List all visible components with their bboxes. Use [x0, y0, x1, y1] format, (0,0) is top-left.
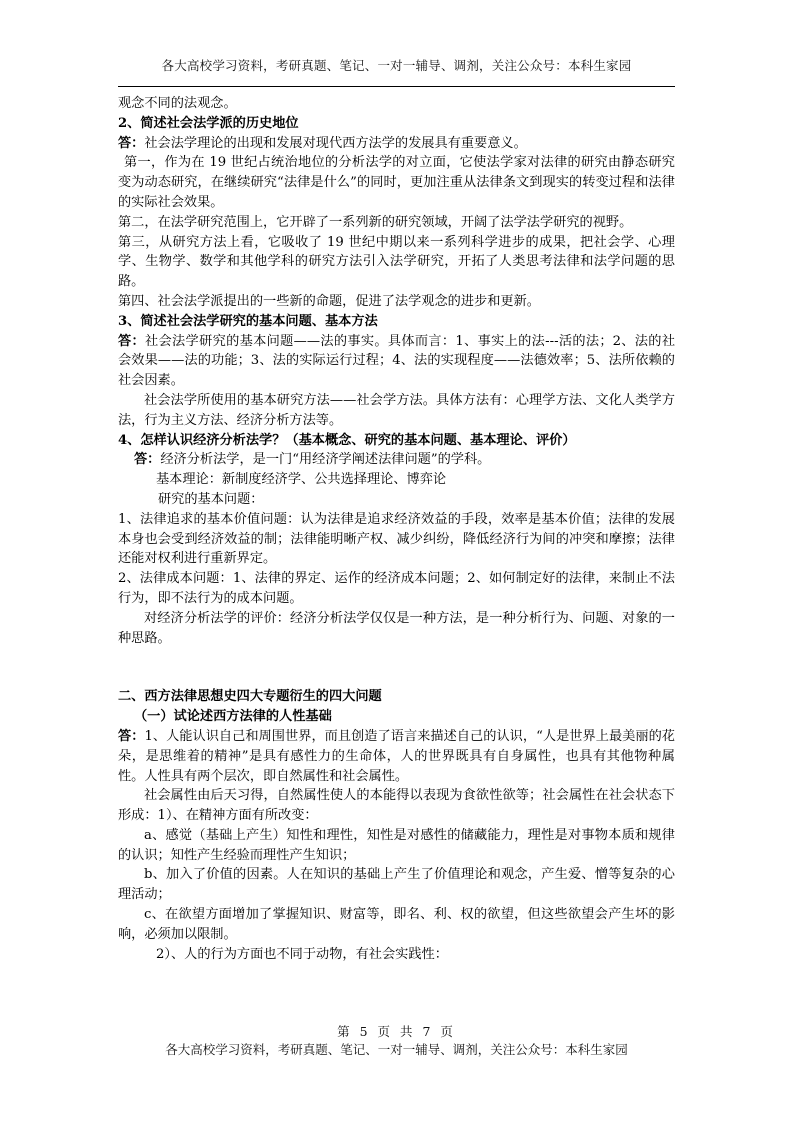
page-header: 各大高校学习资料，考研真题、笔记、一对一辅导、调剂，关注公众号：本科生家园 — [118, 56, 675, 74]
answer-intro: 社会法学理论的出现和发展对现代西方法学的发展具有重要意义。 — [144, 136, 526, 151]
question-3-title: 3、简述社会法学研究的基本问题、基本方法 — [118, 312, 675, 332]
answer-label: 答： — [134, 452, 160, 467]
section-2-answer: 答：1、人能认识自己和周围世界，而且创造了语言来描述自己的认识，“人是世界上最美… — [118, 727, 675, 786]
q2-point-2: 第二，在法学研究范围上，它开辟了一系列新的研究领域，开阔了法学法学研究的视野。 — [118, 213, 675, 233]
item-a: a、感觉（基础上产生）知性和理性，知性是对感性的储藏能力，理性是对事物本质和规律… — [118, 826, 675, 866]
q4-theory: 基本理论：新制度经济学、公共选择理论、博弈论 — [118, 470, 675, 490]
q4-issues-label: 研究的基本问题： — [118, 490, 675, 510]
q2-point-4: 第四、社会法学派提出的一些新的命题，促进了法学观念的进步和更新。 — [118, 292, 675, 312]
page-footer: 各大高校学习资料，考研真题、笔记、一对一辅导、调剂，关注公众号：本科生家园 — [118, 1040, 675, 1058]
answer-text: 1、人能认识自己和周围世界，而且创造了语言来描述自己的认识，“人是世界上最美丽的… — [118, 729, 675, 784]
q2-point-1: 第一，作为在 19 世纪占统治地位的分析法学的对立面，它使法学家对法律的研究由静… — [118, 153, 675, 212]
question-2-title: 2、简述社会法学派的历史地位 — [118, 114, 675, 134]
item-b: b、加入了价值的因素。人在知识的基础上产生了价值理论和观念，产生爱、憎等复杂的心… — [118, 865, 675, 905]
definition: 经济分析法学，是一门“用经济学阐述法律问题”的学科。 — [160, 452, 490, 467]
section-2-title: 二、西方法律思想史四大专题衍生的四大问题 — [118, 687, 675, 707]
section-2-subtitle-1: （一）试论述西方法律的人性基础 — [118, 707, 675, 727]
answer-label: 答： — [118, 334, 145, 349]
social-attribute-text: 社会属性由后天习得，自然属性使人的本能得以表现为食欲性欲等；社会属性在社会状态下… — [118, 786, 675, 826]
answer-label: 答： — [118, 729, 144, 744]
header-divider — [118, 86, 675, 87]
continuation-text: 观念不同的法观念。 — [118, 94, 675, 114]
question-3-answer: 答：社会法学研究的基本问题——法的事实。具体而言：1、事实上的法---活的法；2… — [118, 332, 675, 391]
q2-point-3: 第三，从研究方法上看，它吸收了 19 世纪中期以来一系列科学进步的成果，把社会学… — [118, 233, 675, 292]
behavior-text: 2）、人的行为方面也不同于动物，有社会实践性： — [118, 945, 675, 965]
q4-issue-1: 1、法律追求的基本价值问题：认为法律是追求经济效益的手段，效率是基本价值；法律的… — [118, 510, 675, 569]
q3-methods: 社会法学所使用的基本研究方法——社会学方法。具体方法有：心理学方法、文化人类学方… — [118, 391, 675, 431]
question-2-answer: 答：社会法学理论的出现和发展对现代西方法学的发展具有重要意义。 — [118, 134, 675, 154]
item-c: c、在欲望方面增加了掌握知识、财富等，即名、利、权的欲望，但这些欲望会产生坏的影… — [118, 905, 675, 945]
question-4-answer: 答：经济分析法学，是一门“用经济学阐述法律问题”的学科。 — [118, 450, 675, 470]
document-body: 观念不同的法观念。 2、简述社会法学派的历史地位 答：社会法学理论的出现和发展对… — [118, 94, 675, 964]
answer-text: 社会法学研究的基本问题——法的事实。具体而言：1、事实上的法---活的法；2、法… — [118, 334, 675, 389]
answer-label: 答： — [118, 136, 144, 151]
question-4-title: 4、怎样认识经济分析法学？（基本概念、研究的基本问题、基本理论、评价） — [118, 431, 675, 451]
q4-issue-2: 2、法律成本问题：1、法律的界定、运作的经济成本问题；2、如何制定好的法律，来制… — [118, 569, 675, 609]
section-gap — [118, 648, 675, 687]
q4-evaluation: 对经济分析法学的评价：经济分析法学仅仅是一种方法，是一种分析行为、问题、对象的一… — [118, 609, 675, 649]
page-number: 第 5 页 共 7 页 — [118, 1022, 675, 1040]
